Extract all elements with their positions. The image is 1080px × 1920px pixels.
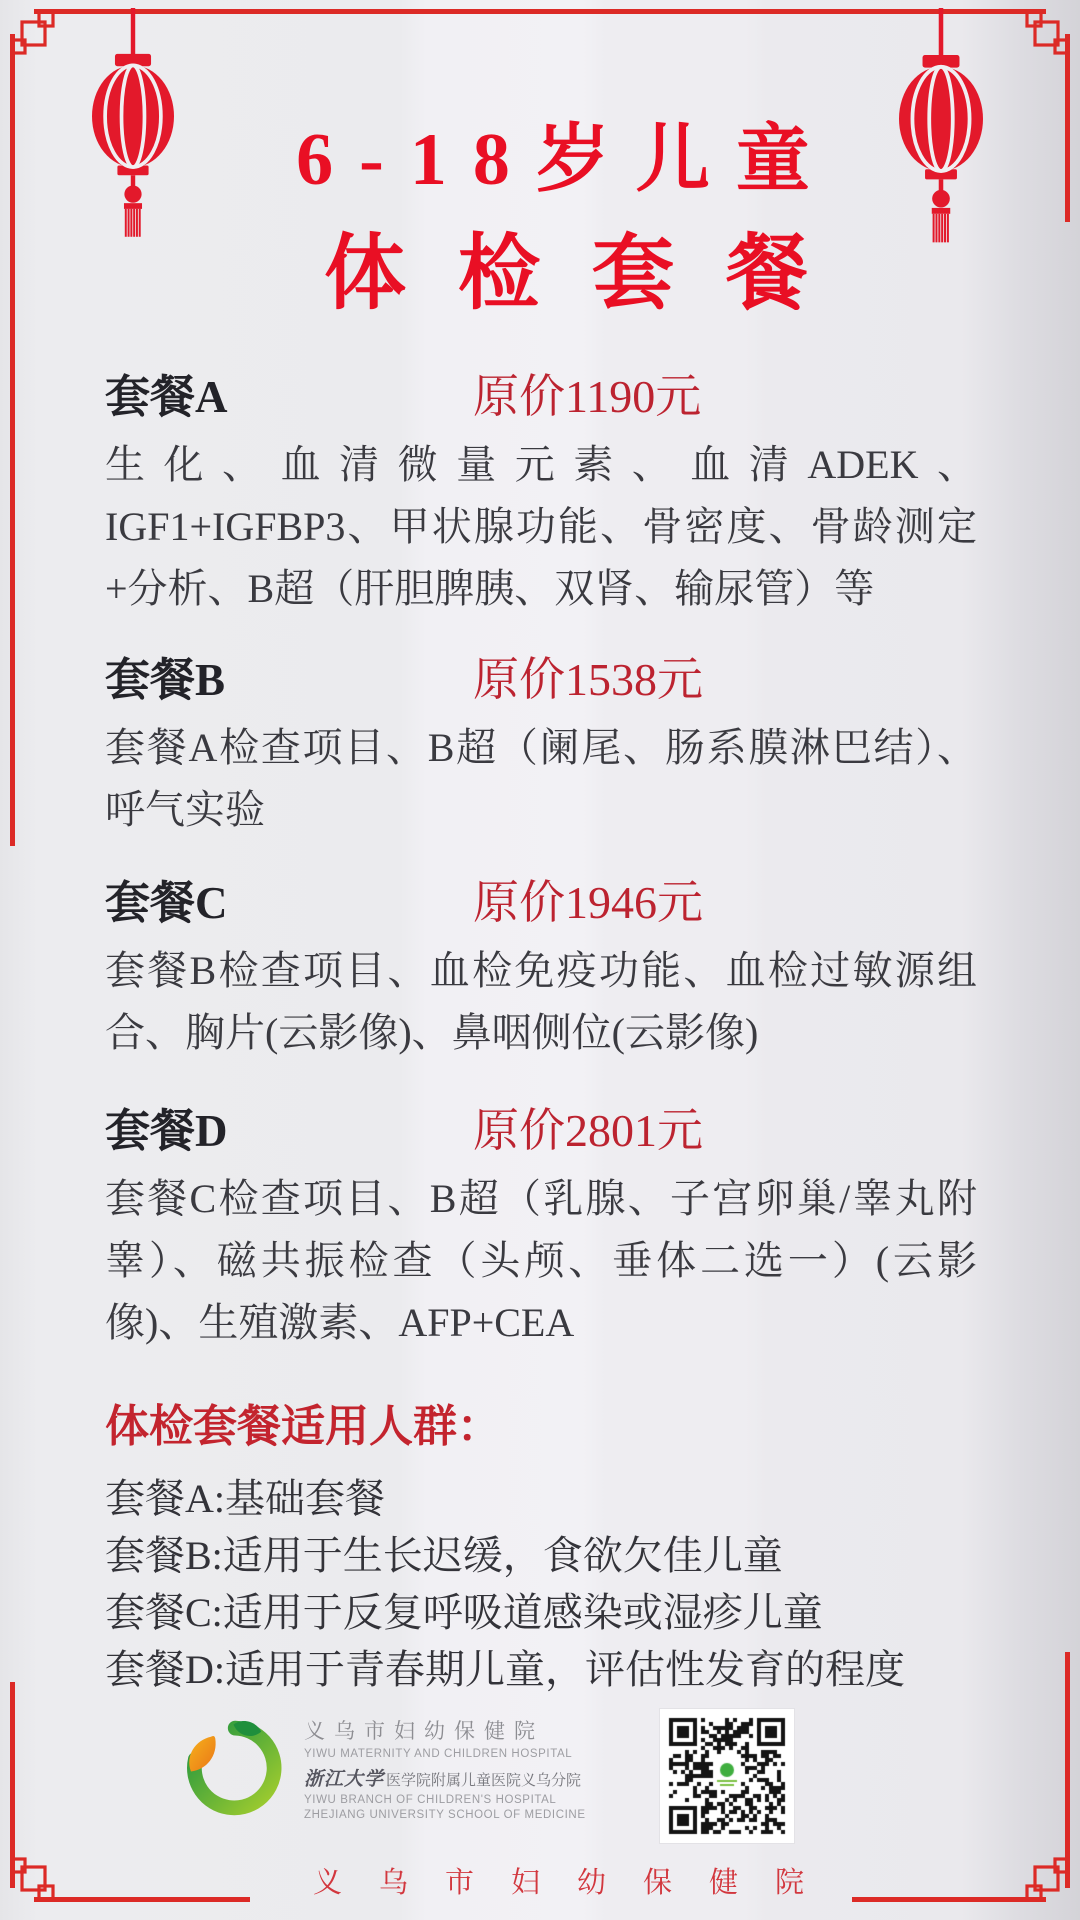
package-items: 生化、血清微量元素、血清ADEK、IGF1+IGFBP3、甲状腺功能、骨密度、骨… xyxy=(105,434,977,620)
package-price: 原价1946元 xyxy=(473,866,703,932)
package-price: 原价1190元 xyxy=(473,360,701,426)
package-section-a: 套餐A 原价1190元 生化、血清微量元素、血清ADEK、IGF1+IGFBP3… xyxy=(105,360,977,620)
audience-item: 套餐C:适用于反复呼吸道感染或湿疹儿童 xyxy=(105,1584,985,1641)
package-items: 套餐B检查项目、血检免疫功能、血检过敏源组合、胸片(云影像)、鼻咽侧位(云影像) xyxy=(105,940,977,1064)
audience-item: 套餐D:适用于青春期儿童，评估性发育的程度 xyxy=(105,1641,985,1698)
package-name: 套餐C xyxy=(105,866,228,931)
corner-ornament-icon xyxy=(1020,8,1072,60)
border-line-top xyxy=(34,9,1046,14)
audience-item: 套餐A:基础套餐 xyxy=(105,1470,985,1527)
package-section-d: 套餐D 原价2801元 套餐C检查项目、B超（乳腺、子宫卵巢/睾丸附睾）、磁共振… xyxy=(105,1094,977,1354)
hospital-affiliation-en2: ZHEJIANG UNIVERSITY SCHOOL OF MEDICINE xyxy=(304,1809,586,1821)
hospital-affiliation-en1: YIWU BRANCH OF CHILDREN'S HOSPITAL xyxy=(304,1794,586,1806)
hospital-affiliation-cn: 浙江大学医学院附属儿童医院义乌分院 xyxy=(304,1764,586,1791)
audience-section: 体检套餐适用人群： 套餐A:基础套餐 套餐B:适用于生长迟缓，食欲欠佳儿童 套餐… xyxy=(105,1390,985,1698)
package-price: 原价1538元 xyxy=(473,643,703,709)
package-price: 原价2801元 xyxy=(473,1094,703,1160)
zhejiang-university-script: 浙江大学 xyxy=(304,1769,384,1790)
poster-root: 6-18岁儿童 体检套餐 套餐A 原价1190元 生化、血清微量元素、血清ADE… xyxy=(0,0,1080,1920)
package-section-b: 套餐B 原价1538元 套餐A检查项目、B超（阑尾、肠系膜淋巴结）、呼气实验 xyxy=(105,643,977,841)
footer-hospital-name: 义乌市妇幼保健院 xyxy=(0,1860,1080,1901)
package-items: 套餐C检查项目、B超（乳腺、子宫卵巢/睾丸附睾）、磁共振检查（头颅、垂体二选一）… xyxy=(105,1168,977,1354)
hospital-name-en: YIWU MATERNITY AND CHILDREN HOSPITAL xyxy=(304,1748,586,1760)
package-items: 套餐A检查项目、B超（阑尾、肠系膜淋巴结）、呼气实验 xyxy=(105,717,977,841)
hospital-name-cn: 义乌市妇幼保健院 xyxy=(304,1715,586,1745)
package-name: 套餐B xyxy=(105,643,225,708)
package-section-c: 套餐C 原价1946元 套餐B检查项目、血检免疫功能、血检过敏源组合、胸片(云影… xyxy=(105,866,977,1064)
audience-heading: 体检套餐适用人群： xyxy=(105,1390,985,1454)
package-name: 套餐A xyxy=(105,360,228,425)
audience-item: 套餐B:适用于生长迟缓，食欲欠佳儿童 xyxy=(105,1527,985,1584)
qr-code xyxy=(660,1709,794,1843)
page-title-line2: 体检套餐 xyxy=(0,208,1080,325)
hospital-logo-icon xyxy=(178,1712,282,1824)
package-name: 套餐D xyxy=(105,1094,228,1159)
hospital-block: 义乌市妇幼保健院 YIWU MATERNITY AND CHILDREN HOS… xyxy=(178,1712,586,1824)
page-title-line1: 6-18岁儿童 xyxy=(0,100,1080,206)
corner-ornament-icon xyxy=(8,8,60,60)
